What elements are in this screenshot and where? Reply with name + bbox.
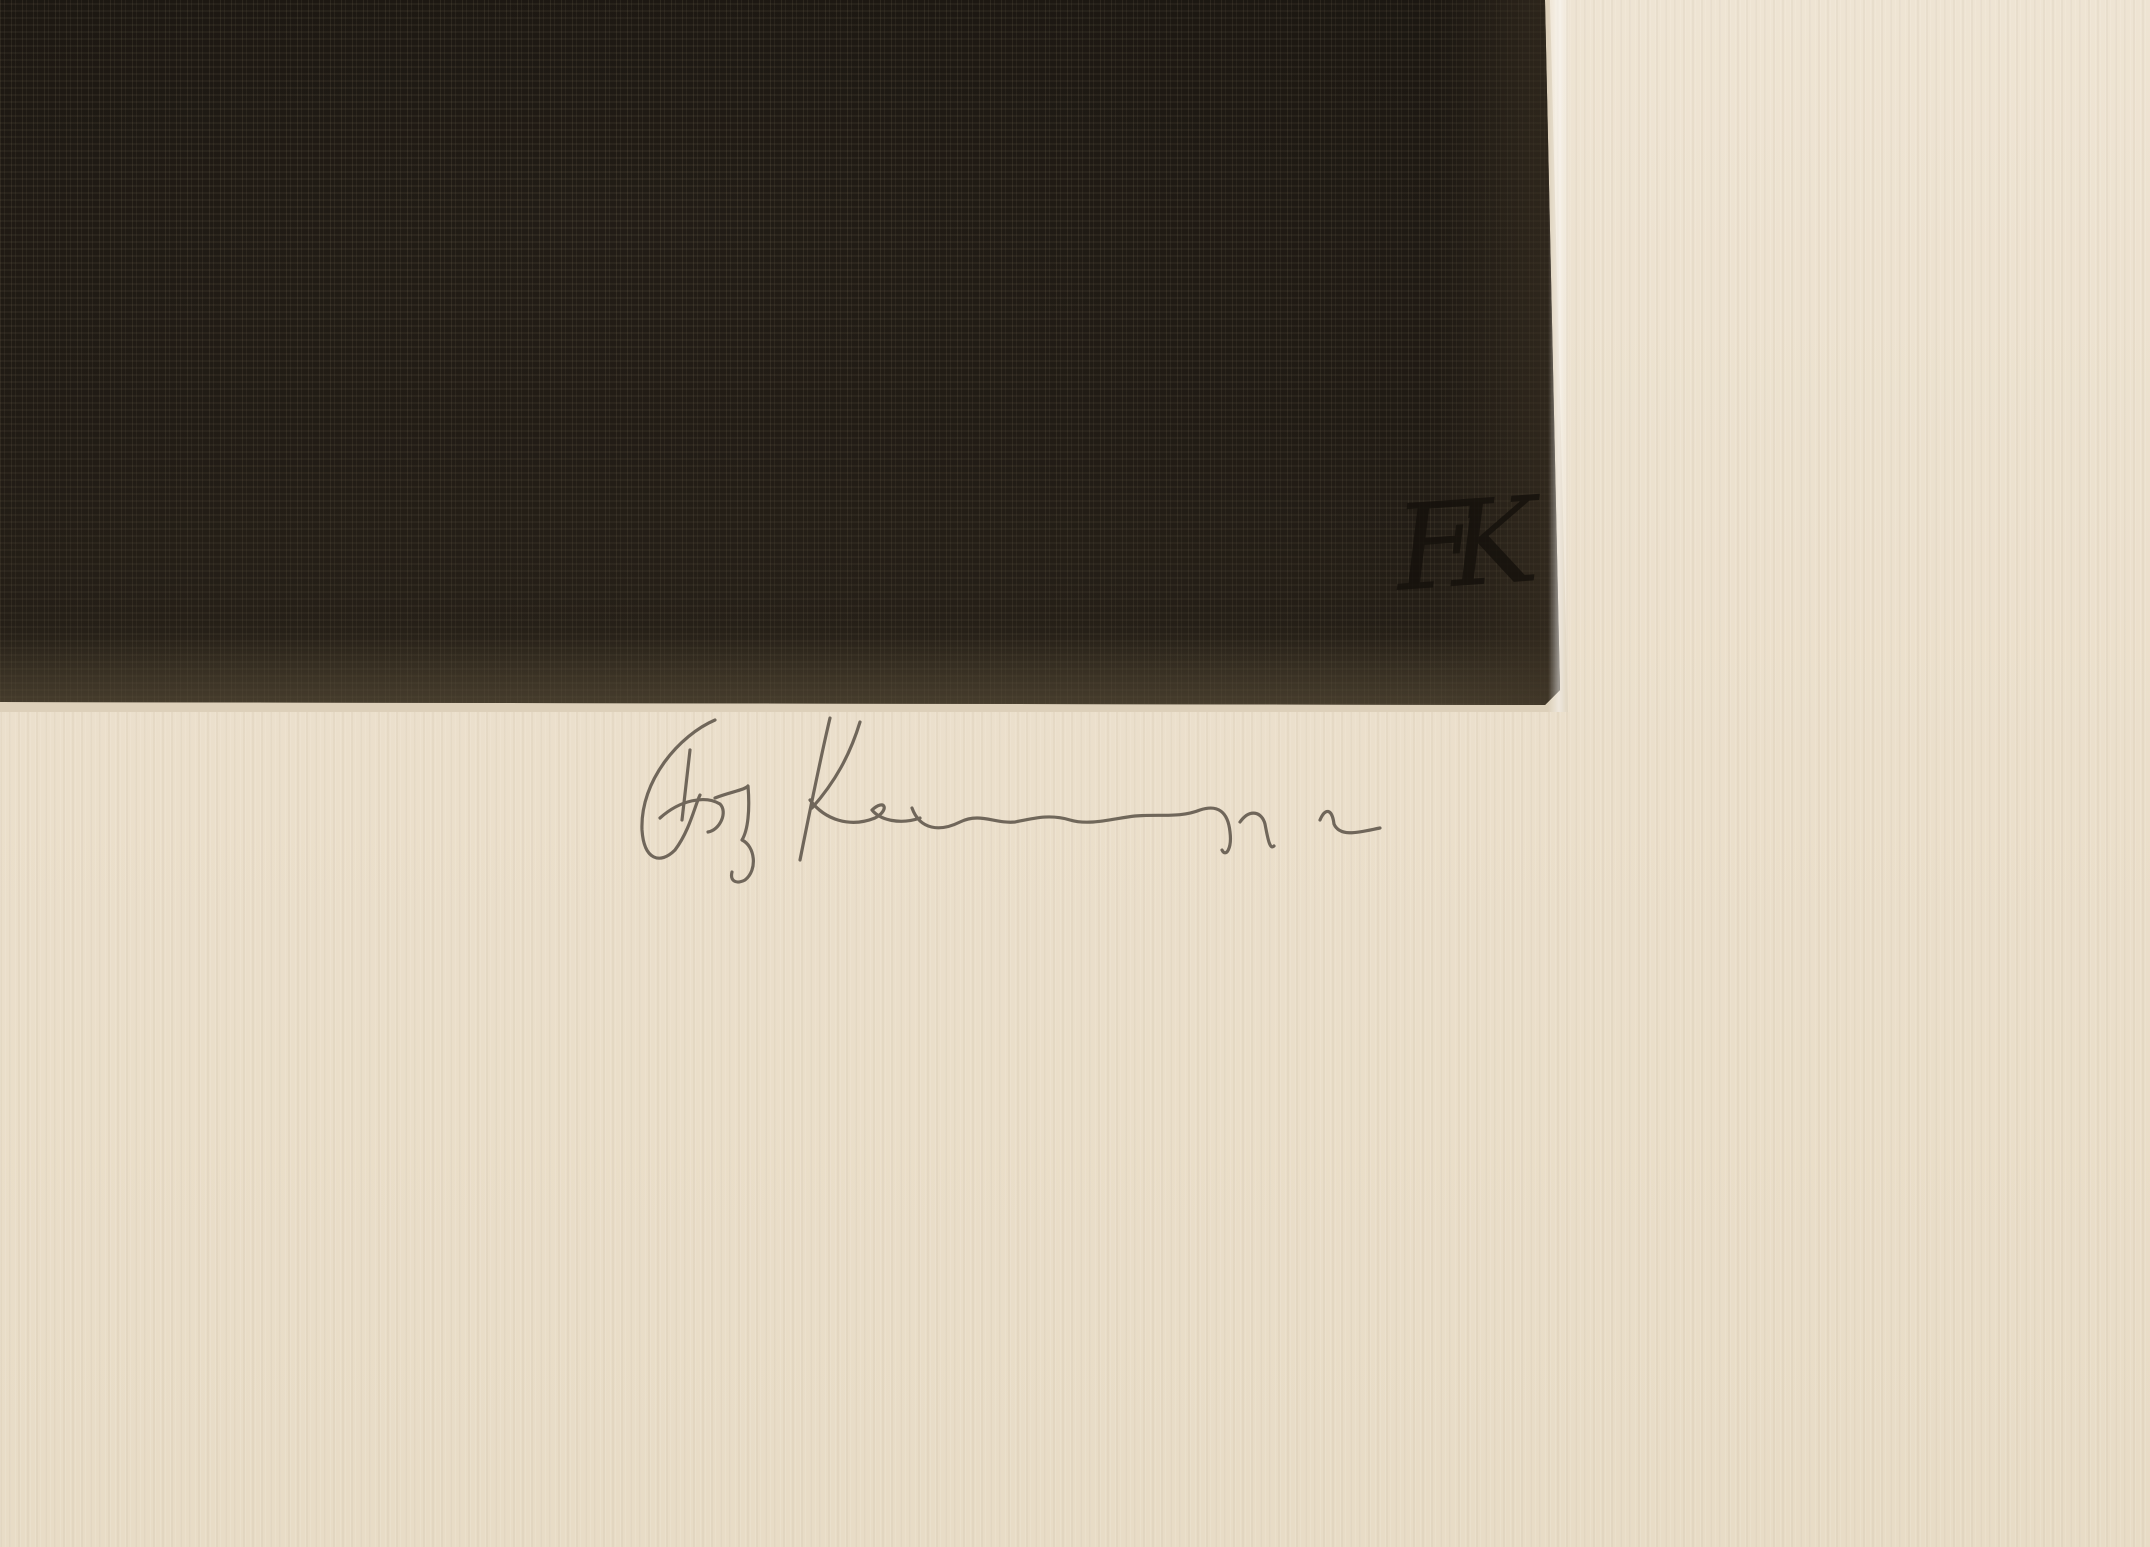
- plate-monogram: FK: [1392, 480, 1545, 679]
- printed-plate-dark-area: [0, 0, 1562, 705]
- signature-strokes-icon: [620, 700, 1600, 900]
- pencil-signature: [620, 700, 1600, 900]
- plate-edge-highlight: [1548, 0, 1570, 712]
